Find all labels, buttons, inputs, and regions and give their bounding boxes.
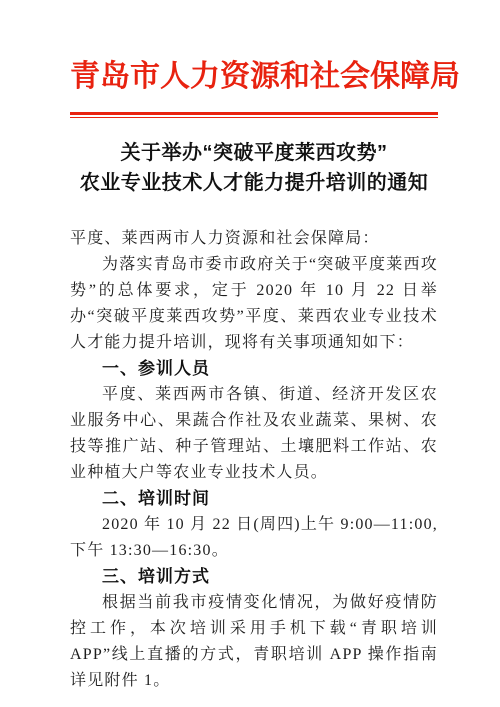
section-body-participants: 平度、莱西两市各镇、街道、经济开发区农业服务中心、果蔬合作社及农业蔬菜、果树、农…	[70, 382, 438, 486]
agency-name: 青岛市人力资源和社会保障局	[70, 57, 438, 97]
letterhead-divider-rule	[70, 112, 438, 118]
document-title-line-1: 关于举办“突破平度莱西攻势”	[121, 142, 388, 164]
document-body: 平度、莱西两市人力资源和社会保障局： 为落实青岛市委市政府关于“突破平度莱西攻势…	[70, 226, 438, 694]
document-page: 青岛市人力资源和社会保障局 关于举办“突破平度莱西攻势” 农业专业技术人才能力提…	[0, 0, 500, 707]
section-heading-participants: 一、参训人员	[70, 356, 438, 382]
section-body-training-method: 根据当前我市疫情变化情况，为做好疫情防控工作，本次培训采用手机下载“青职培训 A…	[70, 590, 438, 694]
document-title: 关于举办“突破平度莱西攻势” 农业专业技术人才能力提升培训的通知	[70, 138, 438, 198]
agency-letterhead: 青岛市人力资源和社会保障局	[70, 57, 438, 118]
document-content: 青岛市人力资源和社会保障局 关于举办“突破平度莱西攻势” 农业专业技术人才能力提…	[70, 0, 438, 694]
section-participants: 一、参训人员 平度、莱西两市各镇、街道、经济开发区农业服务中心、果蔬合作社及农业…	[70, 356, 438, 486]
section-training-method: 三、培训方式 根据当前我市疫情变化情况，为做好疫情防控工作，本次培训采用手机下载…	[70, 564, 438, 694]
document-title-line-2: 农业专业技术人才能力提升培训的通知	[80, 172, 429, 194]
section-body-training-time: 2020 年 10 月 22 日(周四)上午 9:00—11:00,下午 13:…	[70, 512, 438, 564]
intro-paragraph: 为落实青岛市委市政府关于“突破平度莱西攻势”的总体要求，定于 2020 年 10…	[70, 252, 438, 356]
section-training-time: 二、培训时间 2020 年 10 月 22 日(周四)上午 9:00—11:00…	[70, 486, 438, 564]
section-heading-training-method: 三、培训方式	[70, 564, 438, 590]
salutation: 平度、莱西两市人力资源和社会保障局：	[70, 226, 438, 252]
section-heading-training-time: 二、培训时间	[70, 486, 438, 512]
